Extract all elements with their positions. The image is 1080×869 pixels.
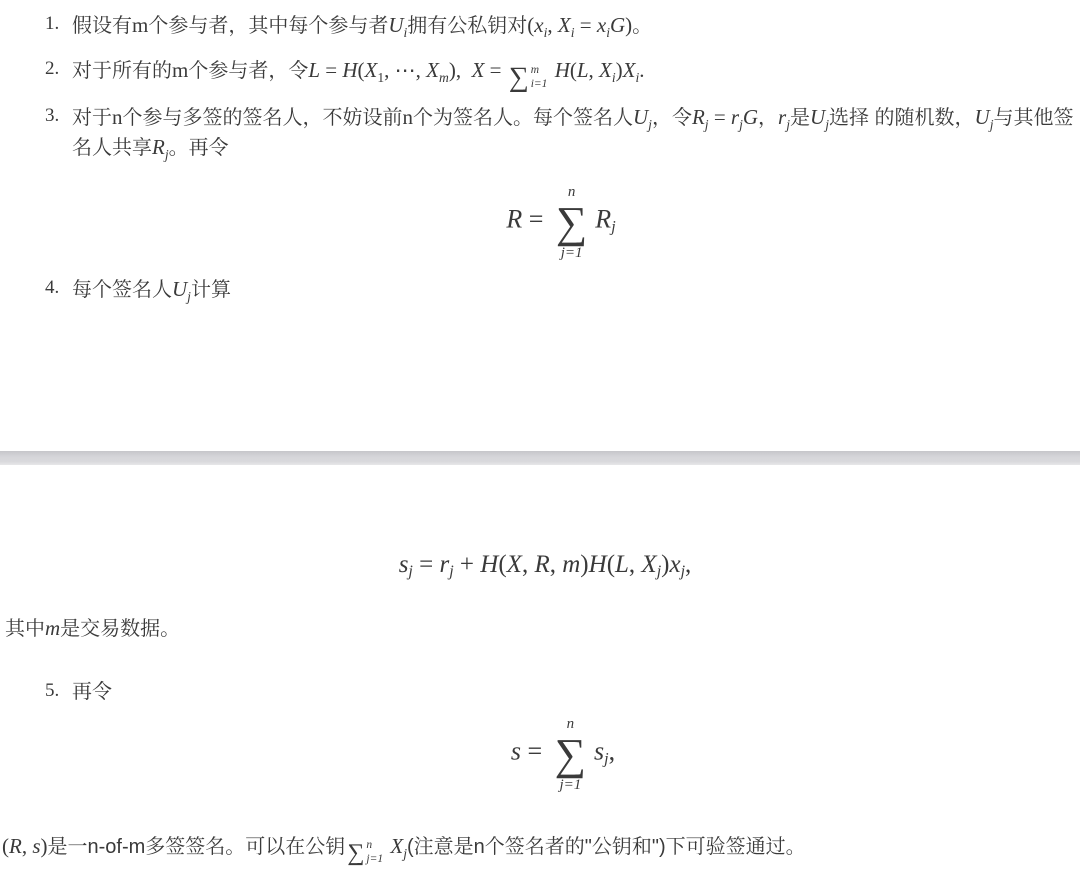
text-segment: ), [449, 58, 472, 82]
text-segment: U [388, 13, 403, 37]
list-item-5: 5. 再令 [45, 678, 112, 707]
text-segment: L [308, 58, 320, 82]
sigma-icon: ∑ [555, 733, 586, 777]
text-segment: , [685, 551, 691, 578]
text-segment: s [511, 736, 521, 765]
text-segment: X [558, 13, 571, 37]
text-segment: R [506, 204, 522, 233]
text-segment: r [731, 105, 739, 129]
text-segment: s [594, 736, 604, 765]
text-segment: R [692, 105, 705, 129]
text-segment: X [599, 58, 612, 82]
list-item-1: 1. 假设有m个参与者，其中每个参与者Ui拥有公私钥对(xi, Xi = xiG… [45, 11, 652, 41]
text-segment: H [589, 551, 607, 578]
text-segment: s [399, 551, 409, 578]
text-segment: 对于所有的 [72, 60, 172, 82]
text-segment: = [575, 13, 597, 37]
text-segment: = [522, 204, 550, 233]
text-segment: 个为签名人。每个签名人 [413, 107, 633, 129]
text-segment: , [589, 58, 600, 82]
text-segment: , [550, 551, 563, 578]
text-segment: X [472, 58, 485, 82]
list-item-number: 5. [45, 678, 67, 702]
list-item-4: 4. 每个签名人Uj计算 [45, 275, 231, 305]
display-formula-sj: sj = rj + H(X, R, m)H(L, Xj)xj, [0, 551, 1080, 579]
text-segment: ( [607, 551, 615, 578]
list-item-2: 2. 对于所有的m个参与者，令L = H(X1, ⋯, Xm), X = ∑mi… [45, 56, 645, 92]
text-segment: m [45, 616, 60, 640]
text-segment: 。再令 [169, 137, 229, 159]
list-item-3-line-1: 对于n个参与多签的签名人，不妨设前n个为签名人。每个签名人Uj，令Rj = rj… [72, 107, 869, 129]
text-segment: 是 [790, 107, 810, 129]
document-page: 1. 假设有m个参与者，其中每个参与者Ui拥有公私钥对(xi, Xi = xiG… [0, 0, 1080, 869]
text-segment: n [403, 105, 414, 129]
text-segment: X [507, 551, 522, 578]
text-segment: 对于 [72, 107, 112, 129]
text-segment: , ⋯, [384, 58, 426, 82]
text-segment: ) [580, 551, 588, 578]
text-segment: , [522, 551, 535, 578]
text-segment: + [454, 551, 481, 578]
sum-lower-limit: j=1 [561, 245, 583, 262]
list-item-text: 每个签名人Uj计算 [72, 275, 231, 305]
display-formula-r-sum: R = n∑j=1Rj [0, 184, 1080, 263]
text-segment: X [641, 551, 656, 578]
text-segment: 计算 [191, 279, 231, 301]
sum-lower-limit: j=1 [366, 853, 383, 867]
text-segment: 是一n-of-m多签签名。可以在公钥 [48, 836, 346, 858]
text-segment: X [365, 58, 378, 82]
text-segment: U [810, 105, 825, 129]
list-item-text: 对于所有的m个参与者，令L = H(X1, ⋯, Xm), X = ∑mi=1 … [72, 56, 645, 92]
text-segment: H [342, 58, 357, 82]
text-segment: , [547, 13, 558, 37]
list-item-3: 3. 对于n个参与多签的签名人，不妨设前n个为签名人。每个签名人Uj，令Rj =… [45, 103, 1080, 163]
sum-symbol: ∑nj=1 [347, 839, 383, 867]
text-segment: = [320, 58, 342, 82]
text-segment: 每个签名人 [72, 279, 172, 301]
text-segment: X [426, 58, 439, 82]
text-segment: = [413, 551, 440, 578]
text-segment: 个参与者，令 [188, 60, 308, 82]
text-segment: r [439, 551, 449, 578]
list-item-text: 再令 [72, 678, 112, 707]
text-segment: 是交易数据。 [60, 618, 180, 640]
list-item-number: 4. [45, 275, 67, 299]
text-segment: m [132, 13, 148, 37]
text-segment: G [743, 105, 758, 129]
text-segment: G [610, 13, 625, 37]
list-item-text: 对于n个参与多签的签名人，不妨设前n个为签名人。每个签名人Uj，令Rj = rj… [72, 103, 1080, 163]
text-segment: x [534, 13, 543, 37]
text-segment: 个参与多签的签名人，不妨设前 [123, 107, 403, 129]
text-segment: j [611, 219, 615, 236]
text-segment: , [629, 551, 642, 578]
text-segment: ( [2, 834, 9, 858]
sum-lower-limit: j=1 [559, 777, 581, 794]
text-segment: U [172, 277, 187, 301]
text-segment: x [597, 13, 606, 37]
list-item-text: 假设有m个参与者，其中每个参与者Ui拥有公私钥对(xi, Xi = xiG)。 [72, 11, 652, 41]
text-segment: 拥有公私钥对 [407, 15, 527, 37]
text-segment: (注意是n个签名者的"公钥和")下可验签通过。 [407, 836, 806, 858]
text-segment: n [112, 105, 123, 129]
text-segment: H [555, 58, 570, 82]
display-formula-s-sum: s = n∑j=1sj, [0, 716, 1080, 795]
list-item-number: 3. [45, 103, 67, 127]
sum-symbol: ∑mi=1 [509, 64, 548, 92]
sum-symbol: n∑j=1 [556, 184, 587, 263]
text-segment: X [623, 58, 636, 82]
text-segment: r [778, 105, 786, 129]
text-segment: ) [616, 58, 623, 82]
list-item-number: 1. [45, 11, 67, 35]
sum-upper-limit: n [366, 839, 383, 853]
text-segment: ( [498, 551, 506, 578]
text-segment: ( [570, 58, 577, 82]
text-segment: R [152, 135, 165, 159]
sigma-icon: ∑ [556, 201, 587, 245]
sigma-icon: ∑ [347, 841, 364, 865]
sum-lower-limit: i=1 [531, 78, 548, 92]
text-segment: 。 [632, 15, 652, 37]
text-segment: ，令 [652, 107, 692, 129]
text-segment: R [534, 551, 549, 578]
text-segment: 选择 [829, 107, 869, 129]
text-segment: L [577, 58, 589, 82]
text-segment: H [480, 551, 498, 578]
text-segment: U [975, 105, 990, 129]
text-segment: s [32, 834, 40, 858]
text-segment: U [633, 105, 648, 129]
text-segment: ( [358, 58, 365, 82]
sigma-icon: ∑ [509, 64, 529, 92]
page-break-divider [0, 451, 1080, 465]
text-segment: 个参与者，其中每个参与者 [148, 15, 388, 37]
text-segment: m [562, 551, 580, 578]
text-segment: = [521, 736, 549, 765]
text-segment: , [22, 834, 33, 858]
sum-upper-limit: m [531, 64, 548, 78]
text-segment: X [390, 834, 403, 858]
text-segment: , [609, 736, 616, 765]
text-segment: ， [758, 107, 778, 129]
paragraph-m-note: 其中m是交易数据。 [5, 614, 180, 644]
text-segment: 再令 [72, 681, 112, 703]
text-segment: 其中 [5, 618, 45, 640]
text-segment: R [9, 834, 22, 858]
sum-symbol: n∑j=1 [555, 716, 586, 795]
text-segment: = [484, 58, 506, 82]
text-segment: ) [41, 834, 48, 858]
text-segment: x [669, 551, 680, 578]
text-segment: m [439, 70, 449, 85]
text-segment: R [595, 204, 611, 233]
text-segment: . [639, 58, 644, 82]
text-segment: 的随机数， [875, 107, 975, 129]
text-segment: L [615, 551, 629, 578]
text-segment: = [709, 105, 731, 129]
text-segment: m [172, 58, 188, 82]
paragraph-final: (R, s)是一n-of-m多签签名。可以在公钥∑nj=1 Xj(注意是n个签名… [2, 832, 1077, 867]
text-segment: 假设有 [72, 15, 132, 37]
list-item-number: 2. [45, 56, 67, 80]
